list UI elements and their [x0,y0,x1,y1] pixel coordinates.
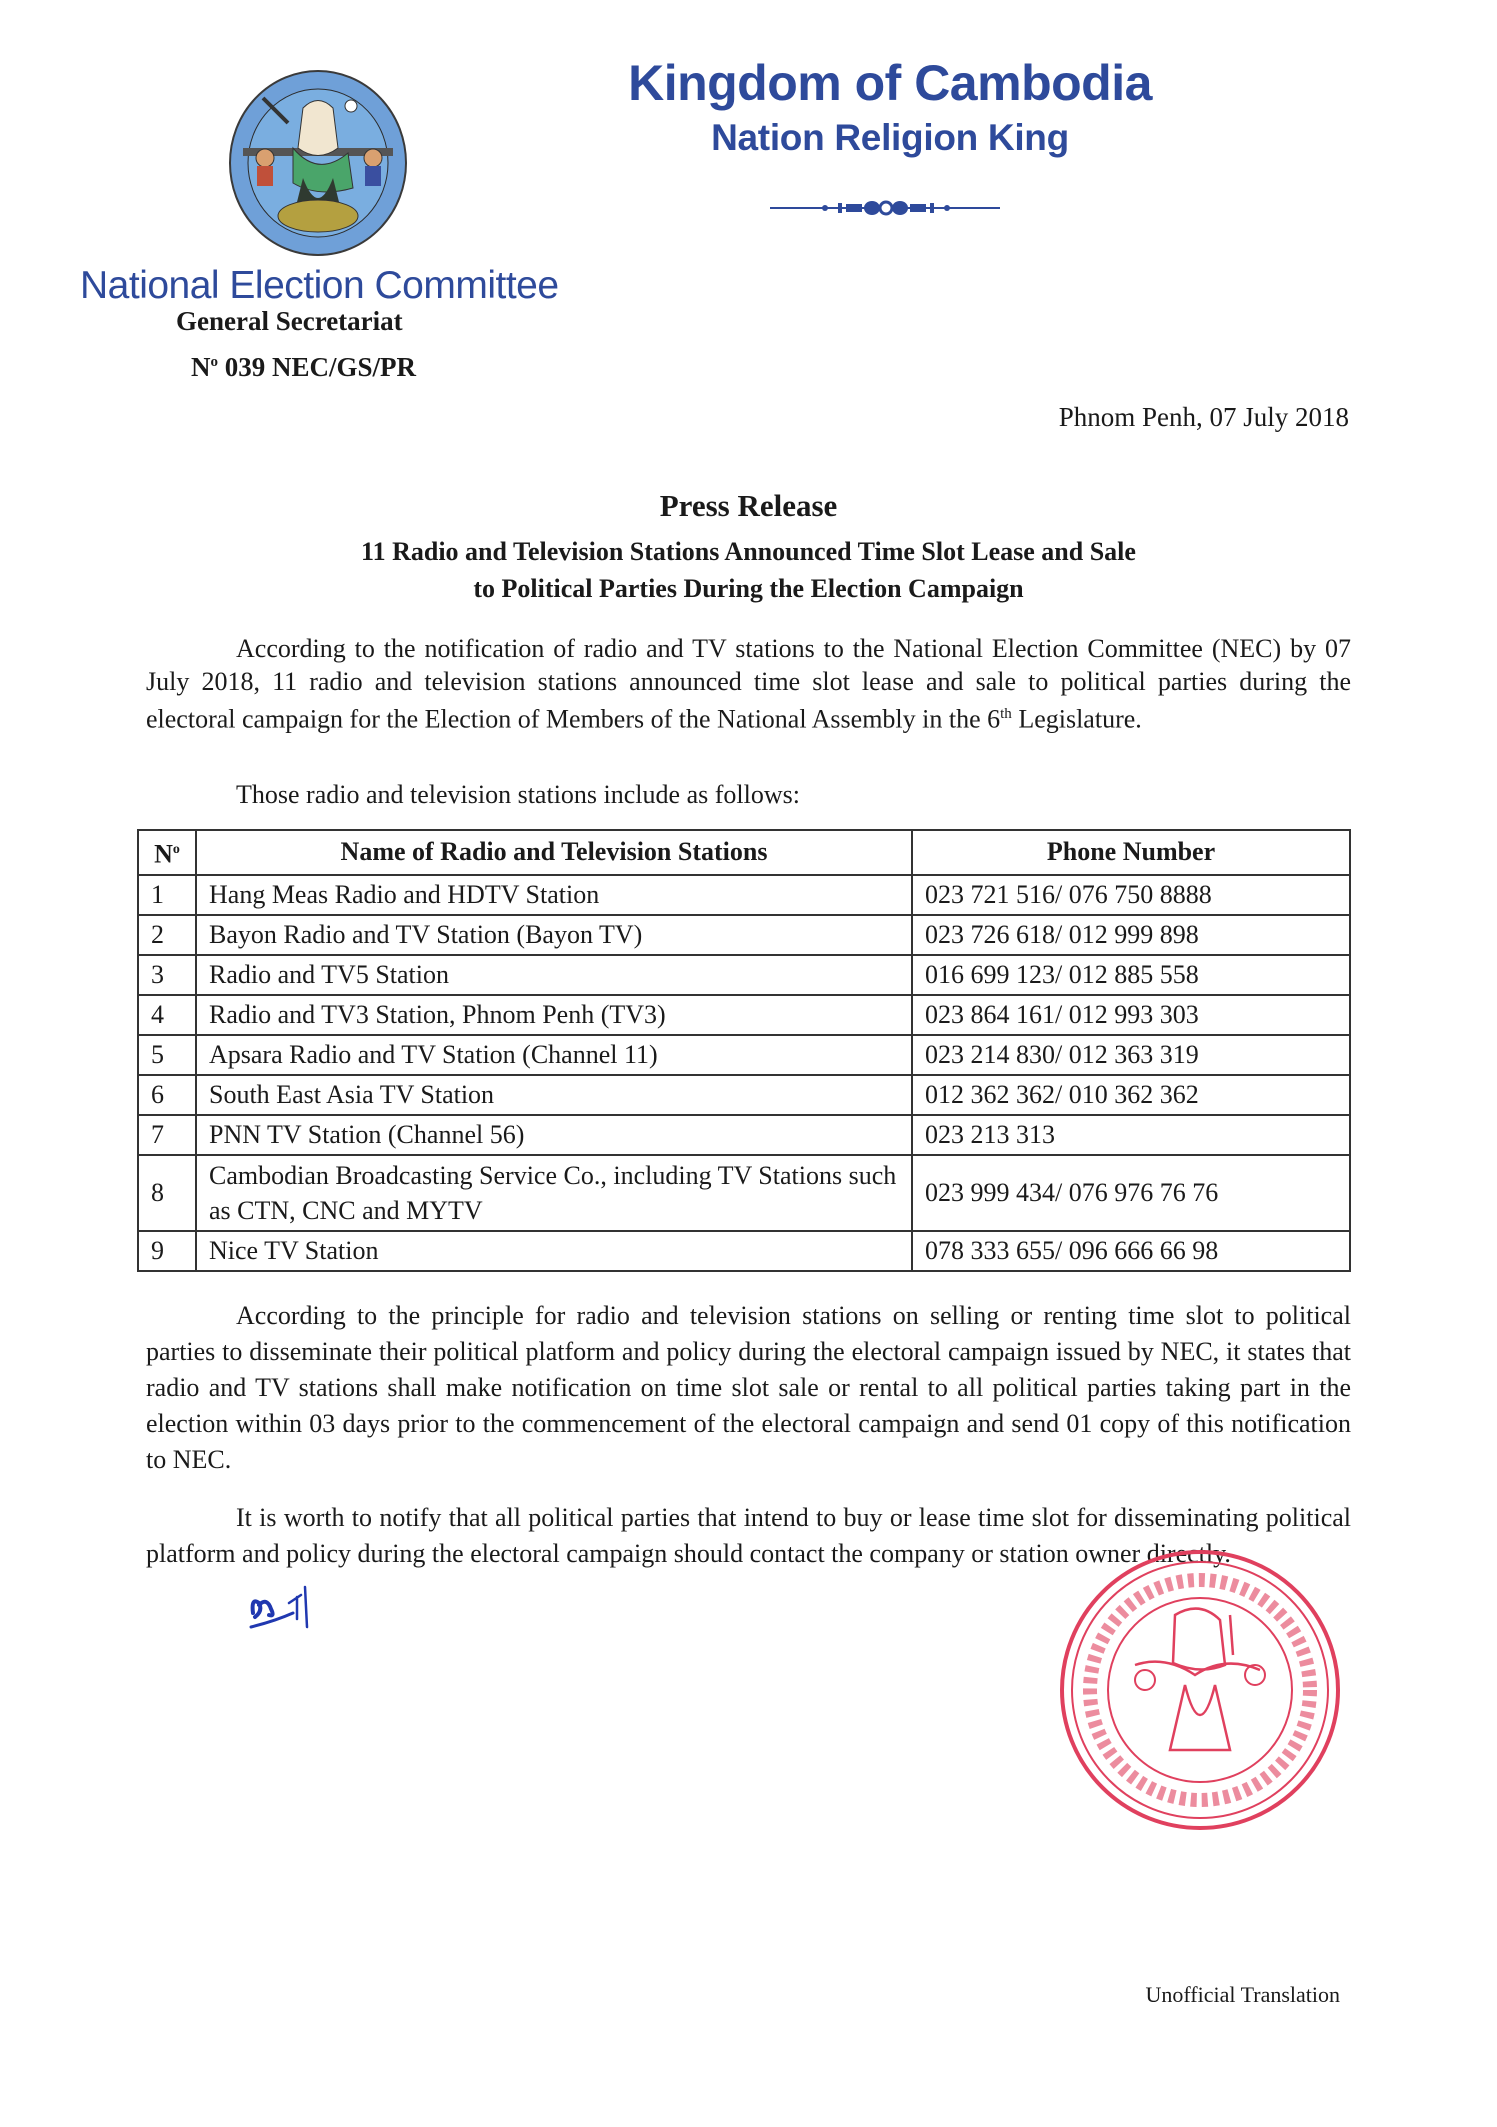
national-motto: Nation Religion King [560,114,1220,162]
station-name: Cambodian Broadcasting Service Co., incl… [196,1155,912,1231]
station-phone: 023 864 161/ 012 993 303 [912,995,1350,1035]
header-station-name: Name of Radio and Television Stations [196,830,912,875]
station-name: South East Asia TV Station [196,1075,912,1115]
station-number: 8 [138,1155,196,1231]
station-phone: 012 362 362/ 010 362 362 [912,1075,1350,1115]
document-title: Press Release [0,488,1497,524]
station-name: Hang Meas Radio and HDTV Station [196,875,912,915]
handwritten-initials-icon [245,1583,325,1643]
table-row: 3Radio and TV5 Station016 699 123/ 012 8… [138,955,1350,995]
header-number-sup: o [173,842,180,857]
list-intro-paragraph: Those radio and television stations incl… [236,778,1441,811]
subtitle-line-1: 11 Radio and Television Stations Announc… [0,533,1497,570]
official-red-seal-icon [1055,1545,1345,1835]
intro-paragraph: According to the notification of radio a… [146,632,1351,736]
station-number: 9 [138,1231,196,1271]
header-number-text: N [154,840,173,869]
department-name: General Secretariat [176,306,403,337]
station-name: Radio and TV5 Station [196,955,912,995]
intro-text: According to the notification of radio a… [146,634,1351,734]
dateline: Phnom Penh, 07 July 2018 [1059,402,1349,433]
station-phone: 023 214 830/ 012 363 319 [912,1035,1350,1075]
doc-number-value: 039 NEC/GS/PR [218,352,416,382]
station-name: Radio and TV3 Station, Phnom Penh (TV3) [196,995,912,1035]
station-phone: 023 726 618/ 012 999 898 [912,915,1350,955]
table-row: 9Nice TV Station078 333 655/ 096 666 66 … [138,1231,1350,1271]
document-number: No 039 NEC/GS/PR [191,352,416,383]
country-heading: Kingdom of Cambodia Nation Religion King [560,52,1220,162]
subtitle-line-2: to Political Parties During the Election… [0,570,1497,607]
table-header-row: No Name of Radio and Television Stations… [138,830,1350,875]
table-row: 4Radio and TV3 Station, Phnom Penh (TV3)… [138,995,1350,1035]
station-name: PNN TV Station (Channel 56) [196,1115,912,1155]
principle-paragraph: According to the principle for radio and… [146,1298,1351,1478]
country-name: Kingdom of Cambodia [560,52,1220,114]
organization-name: National Election Committee [80,264,559,308]
nec-emblem-icon [223,68,413,258]
intro-text-end: Legislature. [1012,705,1142,734]
header-phone: Phone Number [912,830,1350,875]
station-number: 1 [138,875,196,915]
station-phone: 078 333 655/ 096 666 66 98 [912,1231,1350,1271]
stations-table: No Name of Radio and Television Stations… [137,829,1351,1272]
table-row: 7PNN TV Station (Channel 56)023 213 313 [138,1115,1350,1155]
table-row: 1Hang Meas Radio and HDTV Station023 721… [138,875,1350,915]
doc-number-sup: o [211,354,219,370]
station-number: 5 [138,1035,196,1075]
station-phone: 016 699 123/ 012 885 558 [912,955,1350,995]
station-phone: 023 721 516/ 076 750 8888 [912,875,1350,915]
table-row: 2Bayon Radio and TV Station (Bayon TV)02… [138,915,1350,955]
station-number: 2 [138,915,196,955]
translation-note: Unofficial Translation [1145,1982,1340,2008]
intro-ordinal-sup: th [1000,706,1012,722]
khmer-divider-ornament-icon [770,196,1000,220]
table-row: 8Cambodian Broadcasting Service Co., inc… [138,1155,1350,1231]
header-number: No [138,830,196,875]
station-number: 7 [138,1115,196,1155]
station-number: 3 [138,955,196,995]
table-row: 5Apsara Radio and TV Station (Channel 11… [138,1035,1350,1075]
station-name: Nice TV Station [196,1231,912,1271]
station-name: Bayon Radio and TV Station (Bayon TV) [196,915,912,955]
station-phone: 023 213 313 [912,1115,1350,1155]
station-name: Apsara Radio and TV Station (Channel 11) [196,1035,912,1075]
nec-emblem-logo [223,68,413,258]
doc-number-prefix: N [191,352,211,382]
document-subtitle: 11 Radio and Television Stations Announc… [0,533,1497,607]
station-number: 6 [138,1075,196,1115]
table-row: 6South East Asia TV Station012 362 362/ … [138,1075,1350,1115]
station-phone: 023 999 434/ 076 976 76 76 [912,1155,1350,1231]
station-number: 4 [138,995,196,1035]
